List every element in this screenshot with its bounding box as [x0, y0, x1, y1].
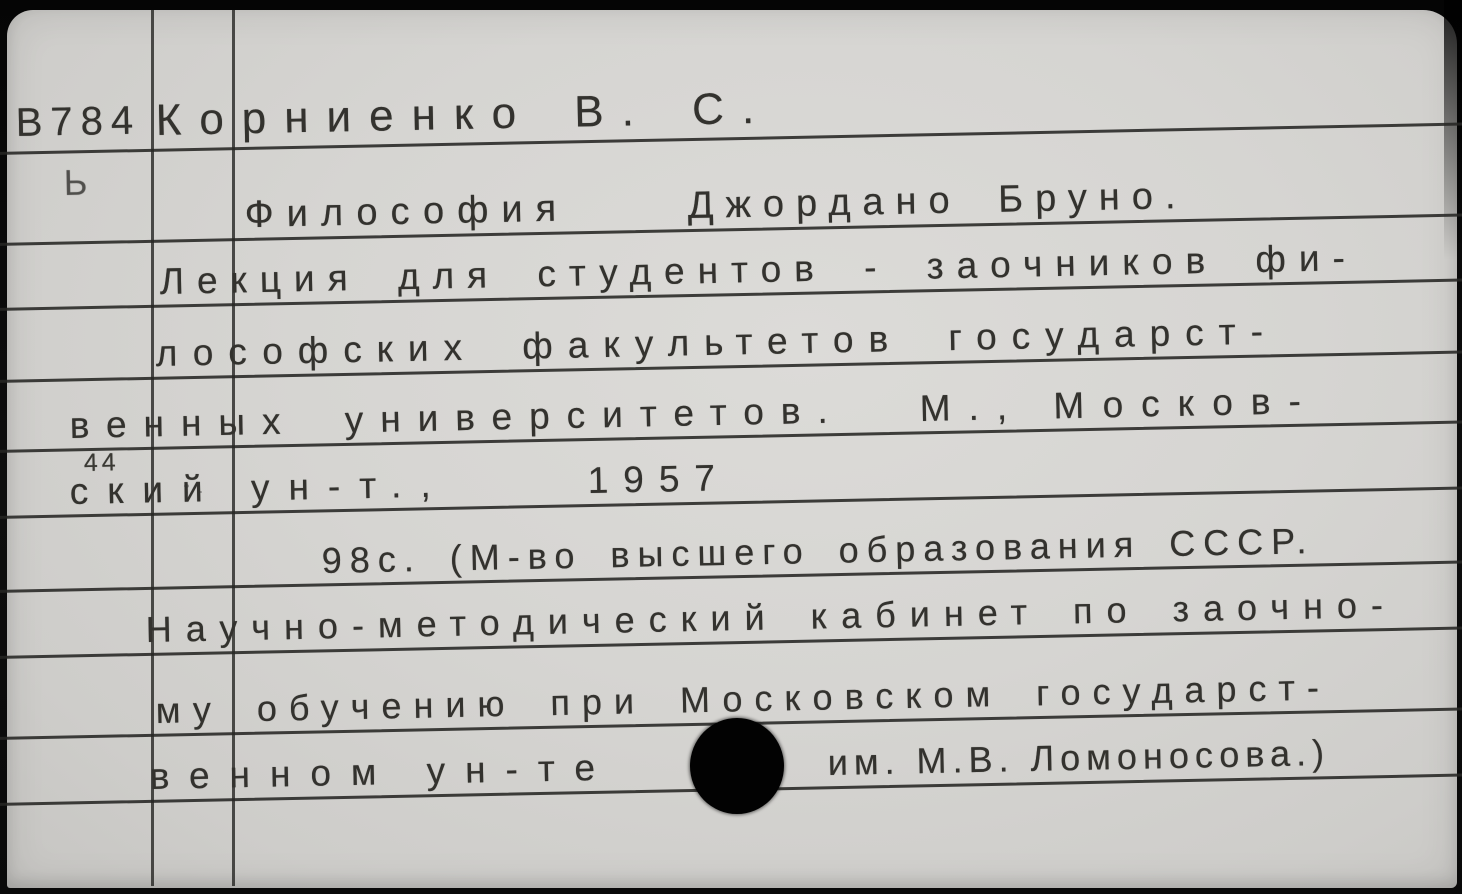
hole-punch	[690, 718, 784, 814]
publication-year: 1957	[587, 455, 730, 504]
publisher-city: М., Москов-	[919, 378, 1319, 432]
ink-speck	[184, 484, 189, 488]
publisher-abbrev: ский ун-т.,	[69, 461, 450, 515]
card-content: В784 Корниенко В. С. Философия Джордано …	[0, 0, 1462, 894]
correction-mark: 44	[84, 448, 120, 477]
title-word-1: Философия	[244, 185, 569, 238]
series-line-3: венном ун-те	[149, 745, 615, 800]
description-line-5: венных университетов.	[69, 387, 845, 449]
call-number: В784	[15, 97, 141, 146]
faint-pencil-mark: Ь	[63, 160, 88, 206]
scanned-catalog-card: В784 Корниенко В. С. Философия Джордано …	[0, 0, 1462, 894]
